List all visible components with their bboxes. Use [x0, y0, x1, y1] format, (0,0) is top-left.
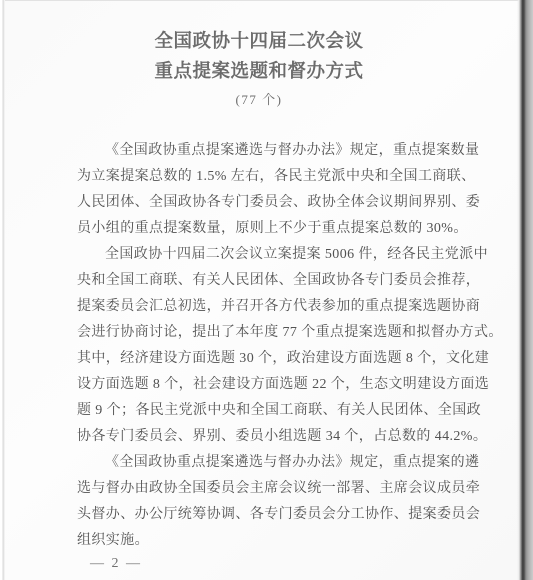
body-line: 为立案提案总数的 1.5% 左右，各民主党派中央和全国工商联、 — [77, 164, 465, 190]
document-title-line-1: 全国政协十四届二次会议 — [0, 31, 518, 53]
body-line: 头督办、办公厅统筹协调、各专门委员会分工协作、提案委员会 — [77, 502, 465, 528]
body-line: 协各专门委员会、界别、委员小组选题 34 个，占总数的 44.2%。 — [77, 424, 465, 450]
body-line: 其中，经济建设方面选题 30 个，政治建设方面选题 8 个，文化建 — [77, 346, 465, 372]
body-line: 《全国政协重点提案遴选与督办办法》规定，重点提案的遴 — [77, 450, 465, 476]
page-number: — 2 — — [90, 555, 142, 573]
body-line: 提案委员会汇总初选，并召开各方代表参加的重点提案选题协商 — [77, 294, 465, 320]
scan-edge-left — [0, 0, 5, 580]
scanned-document-page: 全国政协十四届二次会议 重点提案选题和督办方式 (77 个) 《全国政协重点提案… — [0, 0, 533, 580]
body-line: 员小组的重点提案数量，原则上不少于重点提案总数的 30%。 — [77, 216, 465, 242]
scan-edge-top — [0, 0, 533, 1]
body-line: 全国政协十四届二次会议立案提案 5006 件，经各民主党派中 — [77, 242, 465, 268]
scan-edge-right — [517, 0, 533, 580]
body-line: 设方面选题 8 个，社会建设方面选题 22 个，生态文明建设方面选 — [77, 372, 465, 398]
body-line: 会进行协商讨论，提出了本年度 77 个重点提案选题和拟督办方式。 — [77, 320, 465, 346]
body-line: 组织实施。 — [77, 528, 465, 554]
proposal-count-subtitle: (77 个) — [0, 91, 518, 108]
document-title-line-2: 重点提案选题和督办方式 — [0, 61, 518, 83]
paragraph-3: 《全国政协重点提案遴选与督办办法》规定，重点提案的遴 选与督办由政协全国委员会主… — [77, 450, 465, 554]
body-line: 人民团体、全国政协各专门委员会、政协全体会议期间界别、委 — [77, 190, 465, 216]
paragraph-1: 《全国政协重点提案遴选与督办办法》规定，重点提案数量 为立案提案总数的 1.5%… — [77, 138, 465, 242]
paragraph-2: 全国政协十四届二次会议立案提案 5006 件，经各民主党派中 央和全国工商联、有… — [77, 242, 465, 450]
document-body: 《全国政协重点提案遴选与督办办法》规定，重点提案数量 为立案提案总数的 1.5%… — [77, 138, 465, 554]
body-line: 《全国政协重点提案遴选与督办办法》规定，重点提案数量 — [77, 138, 465, 164]
body-line: 选与督办由政协全国委员会主席会议统一部署、主席会议成员牵 — [77, 476, 465, 502]
body-line: 题 9 个；各民主党派中央和全国工商联、有关人民团体、全国政 — [77, 398, 465, 424]
body-line: 央和全国工商联、有关人民团体、全国政协各专门委员会推荐， — [77, 268, 465, 294]
